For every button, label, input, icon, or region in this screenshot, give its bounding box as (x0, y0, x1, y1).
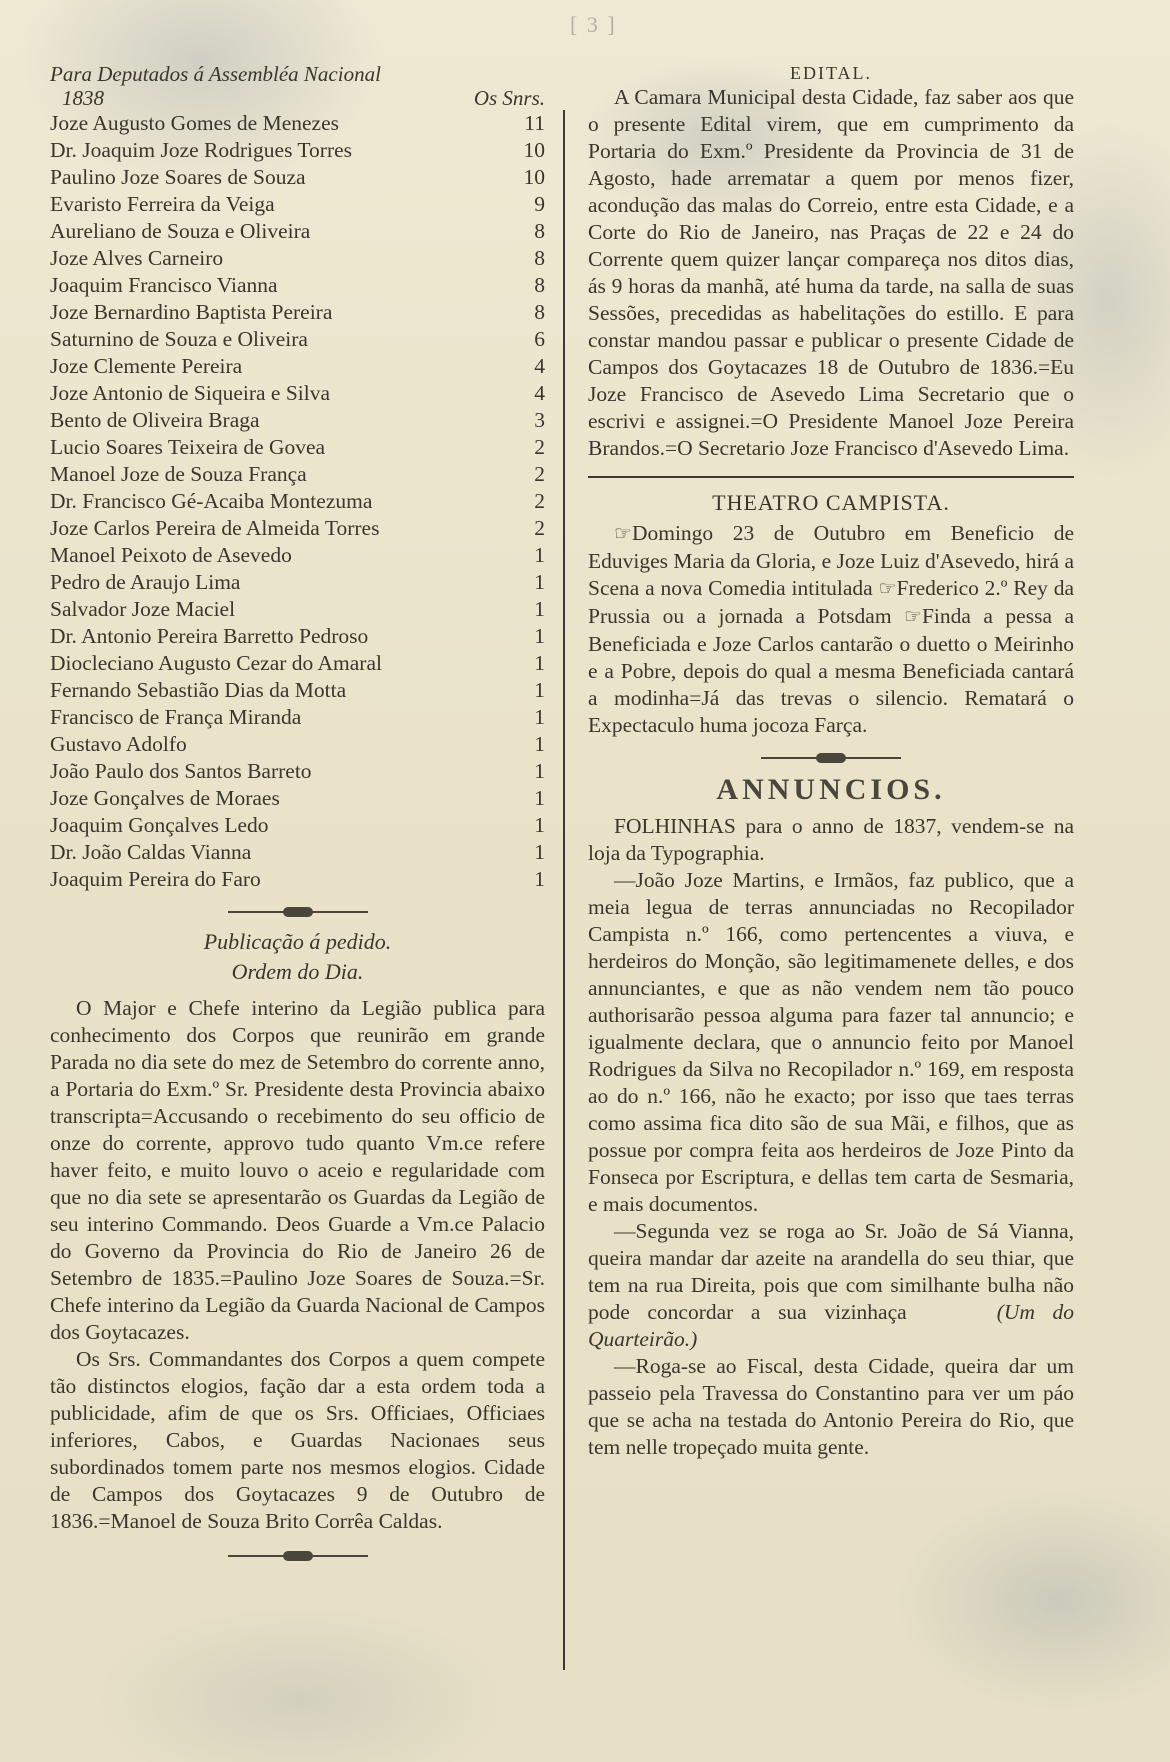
candidate-row: Dr. Francisco Gé-Acaiba Montezuma2 (50, 488, 545, 515)
candidate-name: Salvador Joze Maciel (50, 596, 235, 623)
candidate-votes: 2 (517, 434, 545, 461)
ornament-divider (228, 1551, 368, 1561)
candidate-row: Francisco de França Miranda1 (50, 704, 545, 731)
candidate-row: Diocleciano Augusto Cezar do Amaral1 (50, 650, 545, 677)
candidate-votes: 11 (517, 110, 545, 137)
candidate-votes: 10 (517, 137, 545, 164)
candidate-row: Joze Clemente Pereira4 (50, 353, 545, 380)
candidate-votes: 1 (517, 650, 545, 677)
candidate-name: Joze Gonçalves de Moraes (50, 785, 280, 812)
candidate-name: Saturnino de Souza e Oliveira (50, 326, 308, 353)
election-year: 1838 (50, 86, 104, 110)
candidate-name: Joaquim Pereira do Faro (50, 866, 261, 893)
candidate-row: Paulino Joze Soares de Souza10 (50, 164, 545, 191)
newspaper-page: [ 3 ] Para Deputados á Assembléa Naciona… (0, 0, 1170, 1762)
candidate-votes: 4 (517, 353, 545, 380)
candidate-name: Fernando Sebastião Dias da Motta (50, 677, 346, 704)
theatre-title: THEATRO CAMPISTA. (588, 490, 1074, 516)
candidate-votes: 1 (517, 542, 545, 569)
candidate-name: Evaristo Ferreira da Veiga (50, 191, 275, 218)
candidate-name: Joze Bernardino Baptista Pereira (50, 299, 332, 326)
candidate-name: Diocleciano Augusto Cezar do Amaral (50, 650, 382, 677)
candidate-row: Manoel Joze de Souza França2 (50, 461, 545, 488)
candidate-row: Bento de Oliveira Braga3 (50, 407, 545, 434)
candidate-row: Joze Carlos Pereira de Almeida Torres2 (50, 515, 545, 542)
candidate-row: Manoel Peixoto de Asevedo1 (50, 542, 545, 569)
candidate-votes: 9 (517, 191, 545, 218)
pointing-hand-icon: ☞ (879, 578, 897, 600)
candidate-name: Dr. Joaquim Joze Rodrigues Torres (50, 137, 352, 164)
right-column: EDITAL. A Camara Municipal desta Cidade,… (588, 62, 1074, 1461)
candidate-row: Dr. Joaquim Joze Rodrigues Torres10 (50, 137, 545, 164)
candidate-votes: 2 (517, 461, 545, 488)
candidate-votes: 2 (517, 515, 545, 542)
candidate-votes: 8 (517, 272, 545, 299)
candidate-name: Joze Alves Carneiro (50, 245, 223, 272)
candidate-name: Dr. Francisco Gé-Acaiba Montezuma (50, 488, 372, 515)
candidate-name: Joaquim Francisco Vianna (50, 272, 278, 299)
section-rule (588, 476, 1074, 478)
candidate-votes: 1 (517, 839, 545, 866)
theatre-text: ☞Domingo 23 de Outubro em Beneficio de E… (588, 520, 1074, 739)
candidate-row: Joaquim Gonçalves Ledo1 (50, 812, 545, 839)
candidate-name: Joaquim Gonçalves Ledo (50, 812, 269, 839)
candidate-name: Dr. João Caldas Vianna (50, 839, 251, 866)
candidate-row: Joaquim Francisco Vianna8 (50, 272, 545, 299)
candidate-row: Pedro de Araujo Lima1 (50, 569, 545, 596)
candidate-name: Gustavo Adolfo (50, 731, 187, 758)
edital-text: A Camara Municipal desta Cidade, faz sab… (588, 84, 1074, 462)
candidate-votes: 2 (517, 488, 545, 515)
ornament-divider (761, 753, 901, 763)
election-list-subheading-row: 1838 Os Snrs. (50, 86, 545, 110)
election-list-heading: Para Deputados á Assembléa Nacional (50, 62, 381, 86)
candidate-row: Joze Gonçalves de Moraes1 (50, 785, 545, 812)
candidate-name: Bento de Oliveira Braga (50, 407, 260, 434)
advertisement: —Segunda vez se roga ao Sr. João de Sá V… (588, 1218, 1074, 1353)
candidate-name: Paulino Joze Soares de Souza (50, 164, 306, 191)
candidate-name: João Paulo dos Santos Barreto (50, 758, 312, 785)
edital-title: EDITAL. (588, 62, 1074, 84)
candidate-votes: 6 (517, 326, 545, 353)
candidate-row: Aureliano de Souza e Oliveira8 (50, 218, 545, 245)
candidate-votes: 1 (517, 866, 545, 893)
candidate-row: Joze Alves Carneiro8 (50, 245, 545, 272)
candidate-votes: 8 (517, 218, 545, 245)
candidate-row: Joze Antonio de Siqueira e Silva4 (50, 380, 545, 407)
candidate-row: Joze Bernardino Baptista Pereira8 (50, 299, 545, 326)
candidate-list: Joze Augusto Gomes de Menezes11Dr. Joaqu… (50, 110, 545, 893)
publication-paragraph: O Major e Chefe interino da Legião publi… (50, 995, 545, 1346)
page-number: [ 3 ] (570, 12, 617, 38)
publication-section: Publicação á pedido. Ordem do Dia. O Maj… (50, 927, 545, 1535)
publication-title: Publicação á pedido. (50, 927, 545, 957)
candidate-name: Joze Augusto Gomes de Menezes (50, 110, 339, 137)
pointing-hand-icon: ☞ (614, 523, 632, 545)
candidate-name: Lucio Soares Teixeira de Govea (50, 434, 325, 461)
edital-section: EDITAL. A Camara Municipal desta Cidade,… (588, 62, 1074, 462)
candidate-name: Pedro de Araujo Lima (50, 569, 240, 596)
candidate-row: Fernando Sebastião Dias da Motta1 (50, 677, 545, 704)
candidate-row: Lucio Soares Teixeira de Govea2 (50, 434, 545, 461)
candidate-name: Dr. Antonio Pereira Barretto Pedroso (50, 623, 368, 650)
annuncios-section: ANNUNCIOS. FOLHINHAS para o anno de 1837… (588, 773, 1074, 1461)
advertisement: —Roga-se ao Fiscal, desta Cidade, queira… (588, 1353, 1074, 1461)
election-list-heading-row: Para Deputados á Assembléa Nacional (50, 62, 545, 86)
column-divider (563, 110, 565, 1670)
candidate-name: Aureliano de Souza e Oliveira (50, 218, 310, 245)
candidate-row: Salvador Joze Maciel1 (50, 596, 545, 623)
candidate-votes: 8 (517, 299, 545, 326)
theatre-section: THEATRO CAMPISTA. ☞Domingo 23 de Outubro… (588, 490, 1074, 739)
advertisement: —João Joze Martins, e Irmãos, faz public… (588, 867, 1074, 1218)
candidate-row: Saturnino de Souza e Oliveira6 (50, 326, 545, 353)
candidate-votes: 3 (517, 407, 545, 434)
candidate-votes: 8 (517, 245, 545, 272)
candidate-votes: 1 (517, 596, 545, 623)
candidate-row: Dr. João Caldas Vianna1 (50, 839, 545, 866)
candidate-row: João Paulo dos Santos Barreto1 (50, 758, 545, 785)
candidate-name: Joze Carlos Pereira de Almeida Torres (50, 515, 379, 542)
candidate-votes: 1 (517, 677, 545, 704)
advertisement: FOLHINHAS para o anno de 1837, vendem-se… (588, 813, 1074, 867)
candidate-votes: 1 (517, 758, 545, 785)
candidate-name: Joze Antonio de Siqueira e Silva (50, 380, 330, 407)
election-list: Para Deputados á Assembléa Nacional 1838… (50, 62, 545, 893)
candidate-name: Manoel Joze de Souza França (50, 461, 307, 488)
publication-subtitle: Ordem do Dia. (50, 957, 545, 987)
candidate-votes: 1 (517, 785, 545, 812)
candidate-votes: 4 (517, 380, 545, 407)
column-label: Os Snrs. (474, 86, 545, 110)
candidate-name: Manoel Peixoto de Asevedo (50, 542, 292, 569)
candidate-votes: 10 (517, 164, 545, 191)
candidate-votes: 1 (517, 812, 545, 839)
candidate-row: Joze Augusto Gomes de Menezes11 (50, 110, 545, 137)
candidate-row: Joaquim Pereira do Faro1 (50, 866, 545, 893)
candidate-row: Dr. Antonio Pereira Barretto Pedroso1 (50, 623, 545, 650)
candidate-row: Evaristo Ferreira da Veiga9 (50, 191, 545, 218)
candidate-votes: 1 (517, 569, 545, 596)
annuncios-title: ANNUNCIOS. (588, 773, 1074, 807)
pointing-hand-icon: ☞ (904, 606, 922, 628)
publication-paragraph: Os Srs. Commandantes dos Corpos a quem c… (50, 1346, 545, 1535)
candidate-name: Francisco de França Miranda (50, 704, 301, 731)
candidate-votes: 1 (517, 731, 545, 758)
ornament-divider (228, 907, 368, 917)
candidate-name: Joze Clemente Pereira (50, 353, 242, 380)
candidate-votes: 1 (517, 704, 545, 731)
candidate-row: Gustavo Adolfo1 (50, 731, 545, 758)
left-column: Para Deputados á Assembléa Nacional 1838… (50, 62, 545, 1571)
candidate-votes: 1 (517, 623, 545, 650)
